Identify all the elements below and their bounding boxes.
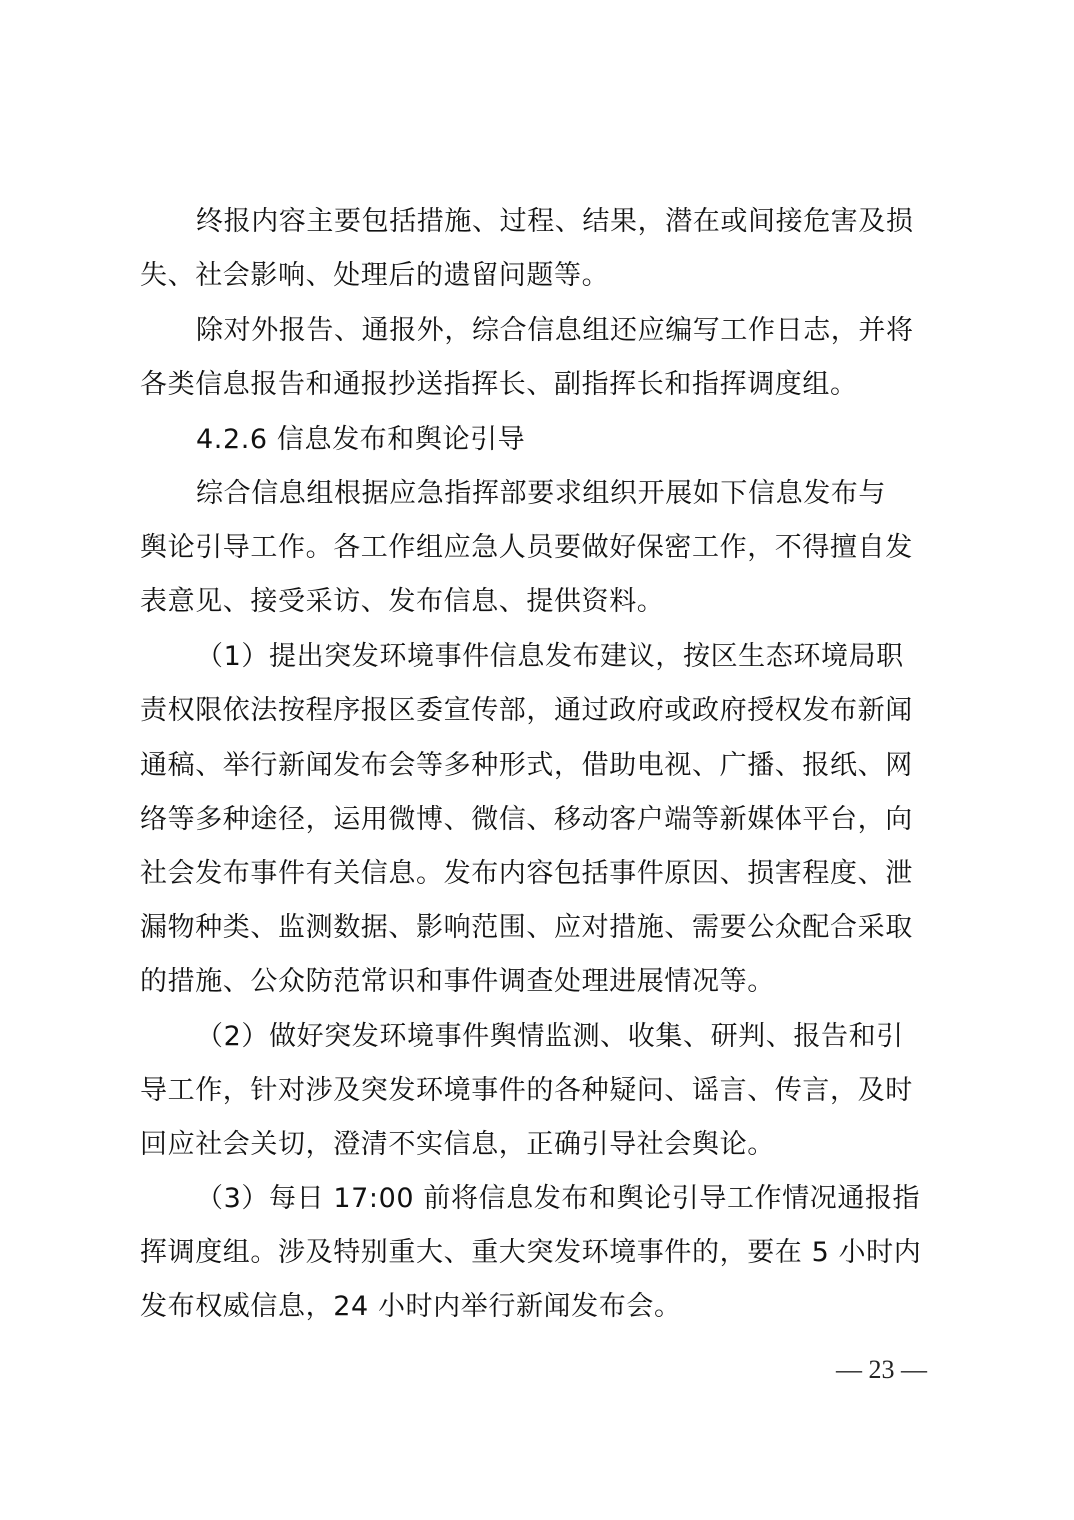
list-item-line: 络等多种途径，运用微博、微信、移动客户端等新媒体平台，向 bbox=[140, 800, 940, 840]
list-item-line: 责权限依法按程序报区委宣传部，通过政府或政府授权发布新闻 bbox=[140, 691, 940, 731]
document-page: 终报内容主要包括措施、过程、结果，潜在或间接危害及损 失、社会影响、处理后的遗留… bbox=[0, 0, 1074, 1520]
paragraph-line: 舆论引导工作。各工作组应急人员要做好保密工作，不得擅自发 bbox=[140, 528, 940, 568]
section-heading: 4.2.6 信息发布和舆论引导 bbox=[196, 420, 940, 460]
paragraph-line: 各类信息报告和通报抄送指挥长、副指挥长和指挥调度组。 bbox=[140, 365, 940, 405]
list-item-line: 导工作，针对涉及突发环境事件的各种疑问、谣言、传言，及时 bbox=[140, 1071, 940, 1111]
paragraph-line: 综合信息组根据应急指挥部要求组织开展如下信息发布与 bbox=[196, 474, 940, 514]
paragraph-line: 终报内容主要包括措施、过程、结果，潜在或间接危害及损 bbox=[196, 202, 940, 242]
paragraph-line: 除对外报告、通报外，综合信息组还应编写工作日志，并将 bbox=[196, 311, 940, 351]
list-item-line: 漏物种类、监测数据、影响范围、应对措施、需要公众配合采取 bbox=[140, 908, 940, 948]
list-item-line: （3）每日 17:00 前将信息发布和舆论引导工作情况通报指 bbox=[196, 1179, 940, 1219]
list-item-line: （2）做好突发环境事件舆情监测、收集、研判、报告和引 bbox=[196, 1017, 940, 1057]
paragraph-line: 失、社会影响、处理后的遗留问题等。 bbox=[140, 256, 940, 296]
list-item-line: （1）提出突发环境事件信息发布建议，按区生态环境局职 bbox=[196, 637, 940, 677]
paragraph-line: 表意见、接受采访、发布信息、提供资料。 bbox=[140, 582, 940, 622]
list-item-line: 回应社会关切，澄清不实信息，正确引导社会舆论。 bbox=[140, 1125, 940, 1165]
list-item-line: 发布权威信息，24 小时内举行新闻发布会。 bbox=[140, 1287, 940, 1327]
list-item-line: 的措施、公众防范常识和事件调查处理进展情况等。 bbox=[140, 962, 940, 1002]
list-item-line: 社会发布事件有关信息。发布内容包括事件原因、损害程度、泄 bbox=[140, 854, 940, 894]
page-number: — 23 — bbox=[836, 1352, 946, 1388]
list-item-line: 挥调度组。涉及特别重大、重大突发环境事件的，要在 5 小时内 bbox=[140, 1233, 940, 1273]
list-item-line: 通稿、举行新闻发布会等多种形式，借助电视、广播、报纸、网 bbox=[140, 746, 940, 786]
